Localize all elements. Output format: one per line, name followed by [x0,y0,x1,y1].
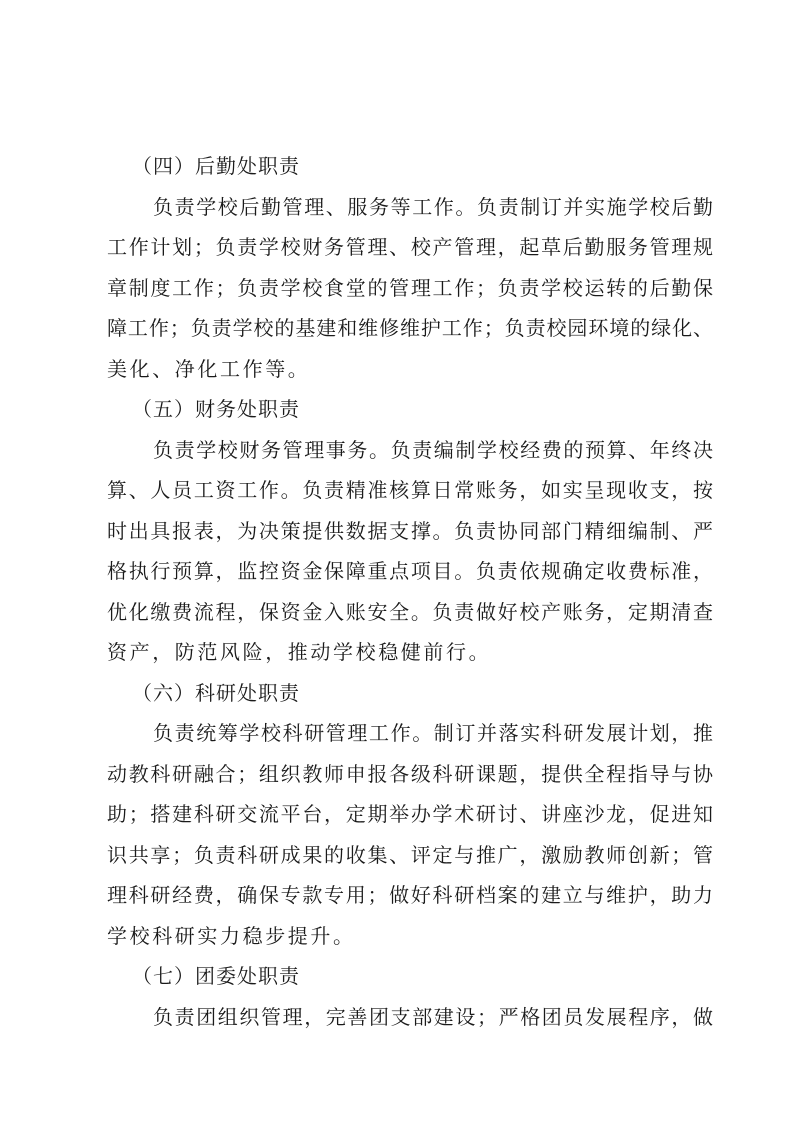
paragraph-line: 动教科研融合；组织教师申报各级科研课题，提供全程指导与协 [107,754,713,795]
paragraph-line: 格执行预算，监控资金保障重点项目。负责依规确定收费标准， [107,551,713,592]
paragraph-line: 负责学校财务管理事务。负责编制学校经费的预算、年终决 [107,430,713,471]
paragraph-line: 资产，防范风险，推动学校稳健前行。 [107,632,713,673]
paragraph-line: 优化缴费流程，保资金入账安全。负责做好校产账务，定期清查 [107,592,713,633]
paragraph-line: 理科研经费，确保专款专用；做好科研档案的建立与维护，助力 [107,875,713,916]
document-page: （四）后勤处职责 负责学校后勤管理、服务等工作。负责制订并实施学校后勤 工作计划… [107,146,713,1037]
paragraph-line: 负责学校后勤管理、服务等工作。负责制订并实施学校后勤 [107,187,713,228]
paragraph-line: 负责团组织管理，完善团支部建设；严格团员发展程序，做 [107,997,713,1038]
section-heading: （七）团委处职责 [107,956,713,997]
section-youth-league: （七）团委处职责 负责团组织管理，完善团支部建设；严格团员发展程序，做 [107,956,713,1037]
paragraph-line: 时出具报表，为决策提供数据支撑。负责协同部门精细编制、严 [107,511,713,552]
paragraph-line: 工作计划；负责学校财务管理、校产管理，起草后勤服务管理规 [107,227,713,268]
paragraph-line: 助；搭建科研交流平台，定期举办学术研讨、讲座沙龙，促进知 [107,794,713,835]
section-heading: （六）科研处职责 [107,673,713,714]
section-heading: （五）财务处职责 [107,389,713,430]
paragraph-line: 美化、净化工作等。 [107,349,713,390]
section-research: （六）科研处职责 负责统筹学校科研管理工作。制订并落实科研发展计划，推 动教科研… [107,673,713,957]
paragraph-line: 算、人员工资工作。负责精准核算日常账务，如实呈现收支，按 [107,470,713,511]
paragraph-line: 学校科研实力稳步提升。 [107,916,713,957]
section-heading: （四）后勤处职责 [107,146,713,187]
section-finance: （五）财务处职责 负责学校财务管理事务。负责编制学校经费的预算、年终决 算、人员… [107,389,713,673]
paragraph-line: 章制度工作；负责学校食堂的管理工作；负责学校运转的后勤保 [107,268,713,309]
section-logistics: （四）后勤处职责 负责学校后勤管理、服务等工作。负责制订并实施学校后勤 工作计划… [107,146,713,389]
paragraph-line: 负责统筹学校科研管理工作。制订并落实科研发展计划，推 [107,713,713,754]
paragraph-line: 识共享；负责科研成果的收集、评定与推广，激励教师创新；管 [107,835,713,876]
paragraph-line: 障工作；负责学校的基建和维修维护工作；负责校园环境的绿化、 [107,308,713,349]
